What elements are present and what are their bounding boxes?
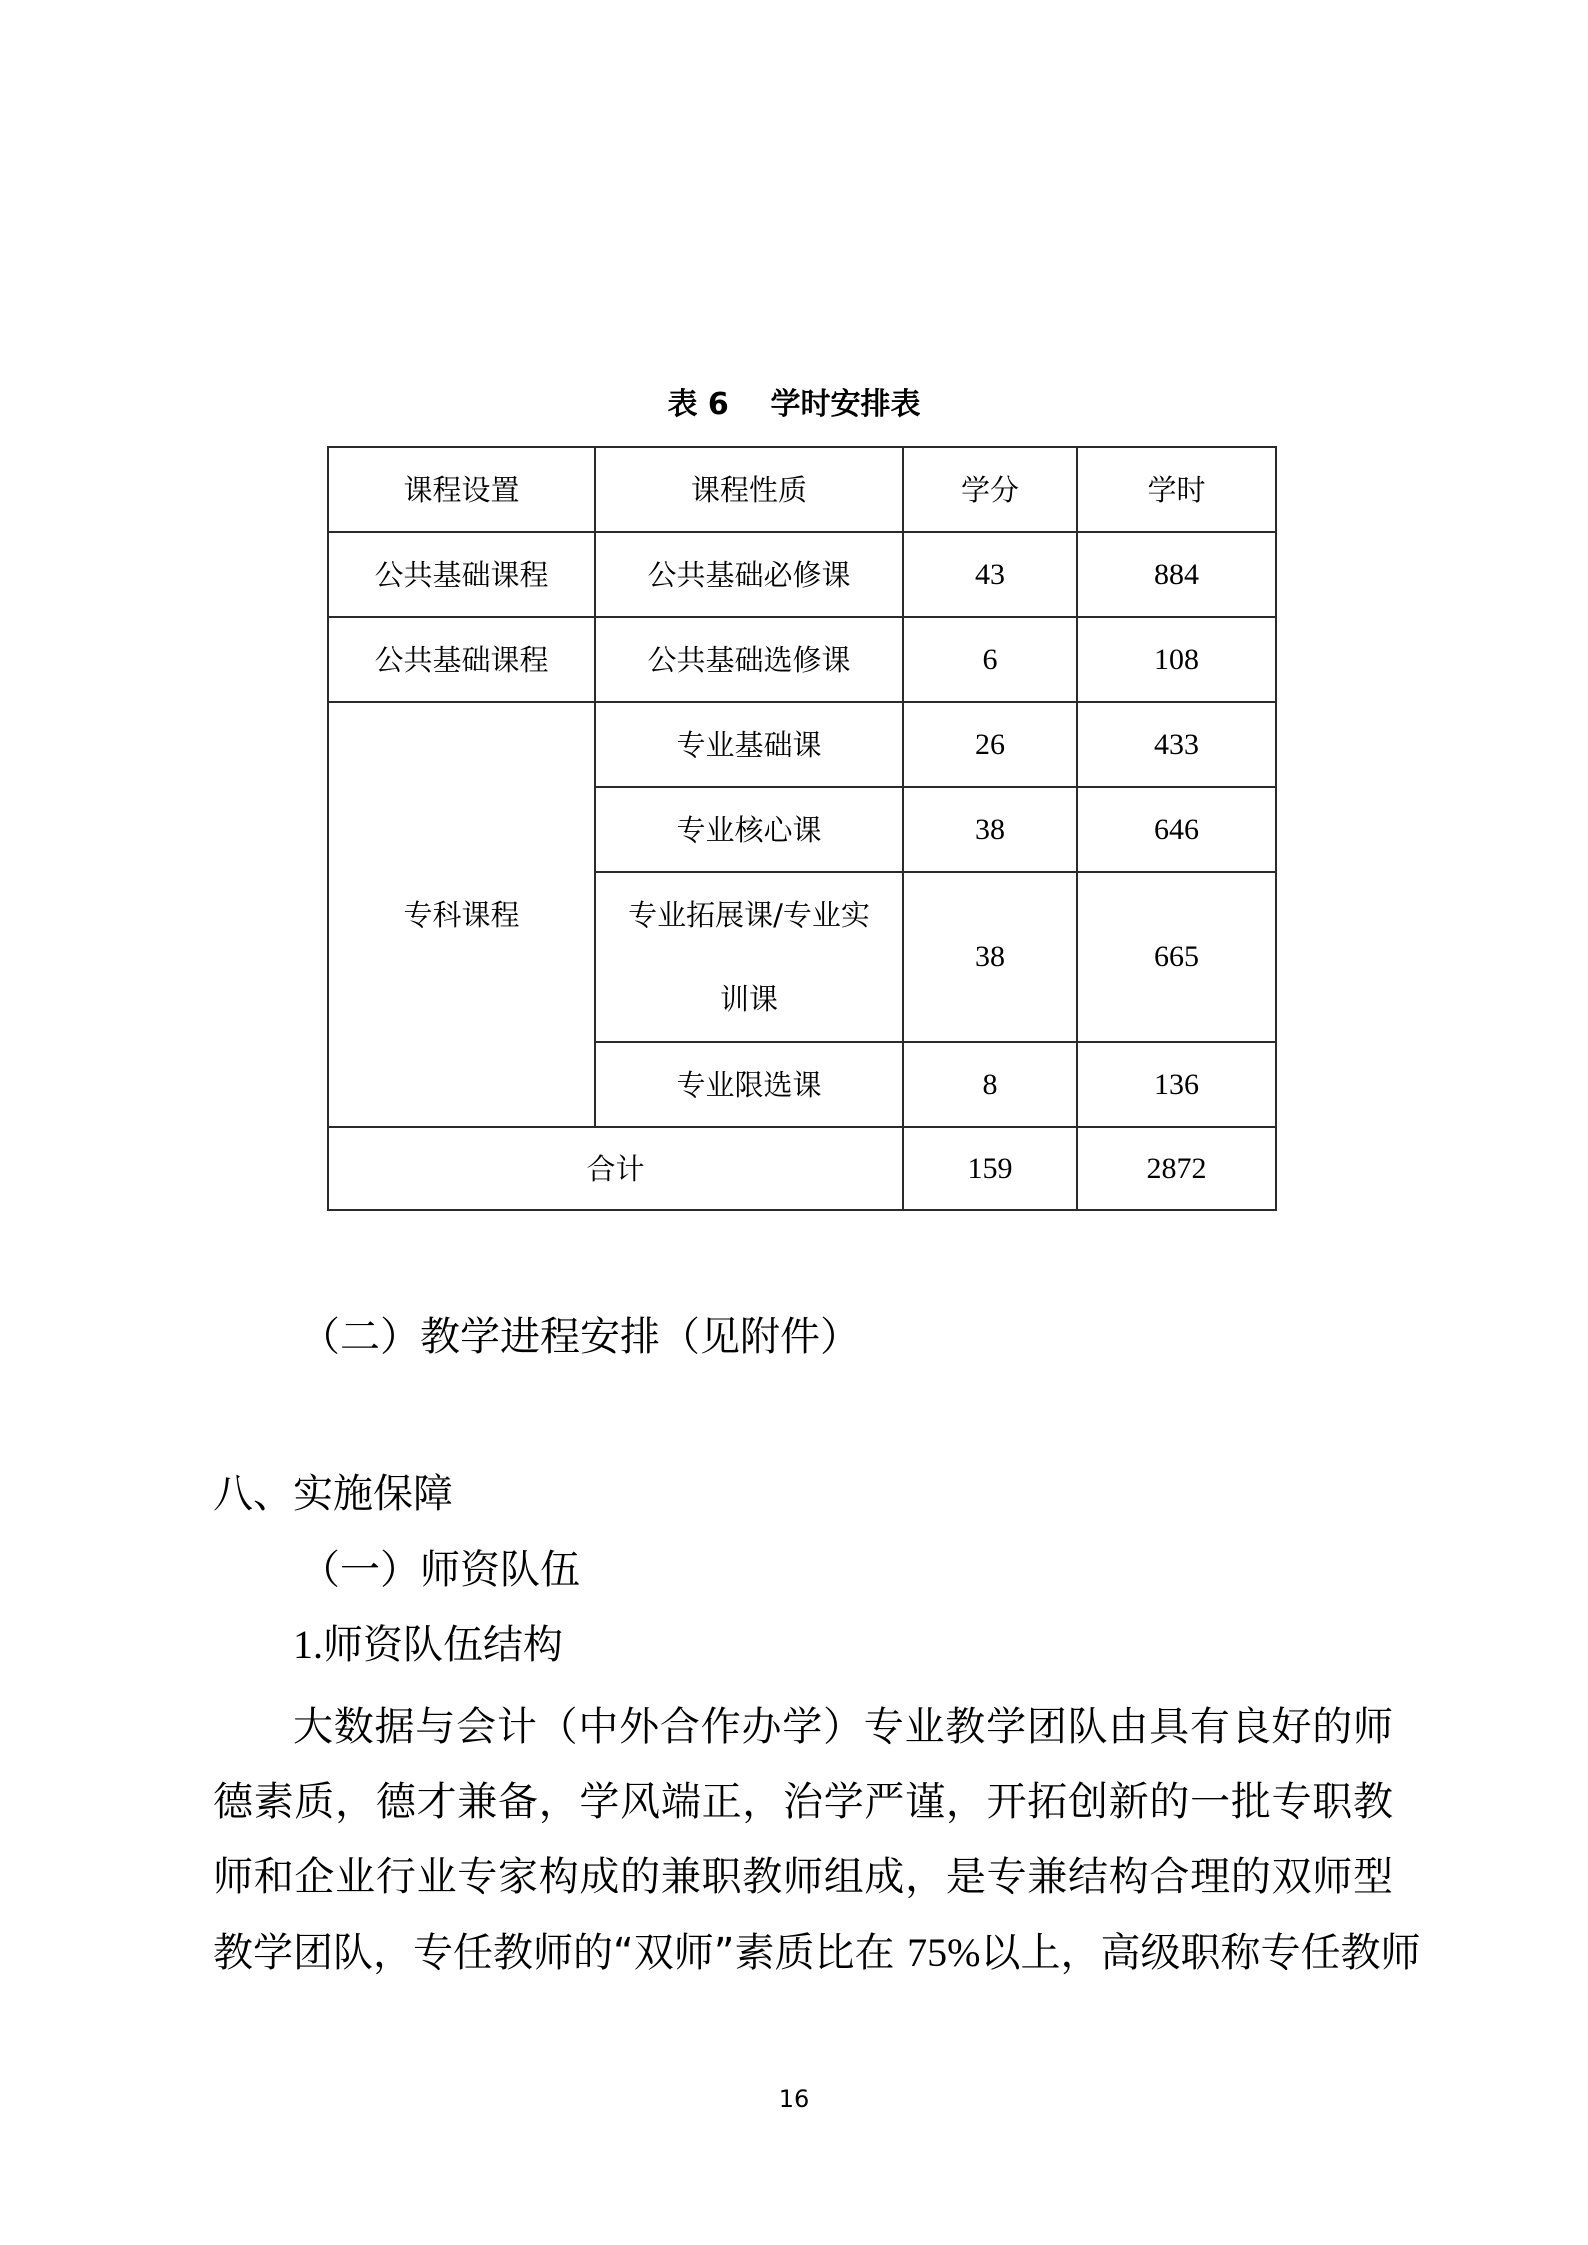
cell-category-merged: 专科课程 bbox=[328, 702, 595, 1127]
cell-nature: 专业拓展课/专业实 训课 bbox=[595, 872, 903, 1042]
table-caption: 表 6 学时安排表 bbox=[0, 383, 1588, 427]
paragraph-line: 大数据与会计（中外合作办学）专业教学团队由具有良好的师 bbox=[213, 1690, 1393, 1765]
cell-total-hours: 2872 bbox=[1077, 1127, 1276, 1210]
table-row: 公共基础课程 公共基础选修课 6 108 bbox=[328, 617, 1276, 702]
page-number: 16 bbox=[0, 2084, 1588, 2114]
header-hours: 学时 bbox=[1077, 447, 1276, 532]
paragraph-line-part: 教学团队，专任教师的“双师”素质比在 bbox=[213, 1930, 894, 1976]
cell-nature: 专业限选课 bbox=[595, 1042, 903, 1127]
item-heading-text: 师资队伍结构 bbox=[323, 1622, 563, 1668]
cell-total-credits: 159 bbox=[903, 1127, 1077, 1210]
cell-total-label: 合计 bbox=[328, 1127, 903, 1210]
percentage-value: 75% bbox=[907, 1930, 980, 1975]
cell-category: 公共基础课程 bbox=[328, 532, 595, 617]
cell-credits: 26 bbox=[903, 702, 1077, 787]
cell-credits: 38 bbox=[903, 872, 1077, 1042]
cell-hours: 665 bbox=[1077, 872, 1276, 1042]
credit-hours-table: 课程设置 课程性质 学分 学时 公共基础课程 公共基础必修课 43 884 公共… bbox=[327, 446, 1277, 1211]
table-total-row: 合计 159 2872 bbox=[328, 1127, 1276, 1210]
header-course-setting: 课程设置 bbox=[328, 447, 595, 532]
cell-hours: 136 bbox=[1077, 1042, 1276, 1127]
paragraph-line: 师和企业行业专家构成的兼职教师组成，是专兼结构合理的双师型 bbox=[213, 1840, 1393, 1915]
item-heading: 1.师资队伍结构 bbox=[293, 1620, 563, 1670]
table-row: 专科课程 专业基础课 26 433 bbox=[328, 702, 1276, 787]
cell-hours: 108 bbox=[1077, 617, 1276, 702]
cell-credits: 6 bbox=[903, 617, 1077, 702]
cell-nature: 专业基础课 bbox=[595, 702, 903, 787]
cell-hours: 884 bbox=[1077, 532, 1276, 617]
schedule-heading: （二）教学进程安排（见附件） bbox=[300, 1312, 860, 1362]
header-credits: 学分 bbox=[903, 447, 1077, 532]
cell-hours: 433 bbox=[1077, 702, 1276, 787]
cell-nature-line2: 训课 bbox=[596, 957, 902, 1041]
item-heading-number: 1. bbox=[293, 1622, 323, 1667]
cell-nature: 公共基础必修课 bbox=[595, 532, 903, 617]
table-header-row: 课程设置 课程性质 学分 学时 bbox=[328, 447, 1276, 532]
cell-credits: 43 bbox=[903, 532, 1077, 617]
paragraph-line: 教学团队，专任教师的“双师”素质比在 75%以上，高级职称专任教师 bbox=[213, 1915, 1393, 1990]
cell-nature-line1: 专业拓展课/专业实 bbox=[596, 873, 902, 957]
chapter-heading: 八、实施保障 bbox=[213, 1469, 453, 1519]
paragraph-line-part: 以上，高级职称专任教师 bbox=[981, 1930, 1421, 1976]
header-course-nature: 课程性质 bbox=[595, 447, 903, 532]
cell-hours: 646 bbox=[1077, 787, 1276, 872]
paragraph-line: 德素质，德才兼备，学风端正，治学严谨，开拓创新的一批专职教 bbox=[213, 1765, 1393, 1840]
cell-category: 公共基础课程 bbox=[328, 617, 595, 702]
cell-credits: 8 bbox=[903, 1042, 1077, 1127]
body-paragraph: 大数据与会计（中外合作办学）专业教学团队由具有良好的师 德素质，德才兼备，学风端… bbox=[213, 1690, 1393, 1990]
cell-nature: 公共基础选修课 bbox=[595, 617, 903, 702]
cell-nature: 专业核心课 bbox=[595, 787, 903, 872]
cell-credits: 38 bbox=[903, 787, 1077, 872]
sub-heading: （一）师资队伍 bbox=[300, 1545, 580, 1595]
table-row: 公共基础课程 公共基础必修课 43 884 bbox=[328, 532, 1276, 617]
